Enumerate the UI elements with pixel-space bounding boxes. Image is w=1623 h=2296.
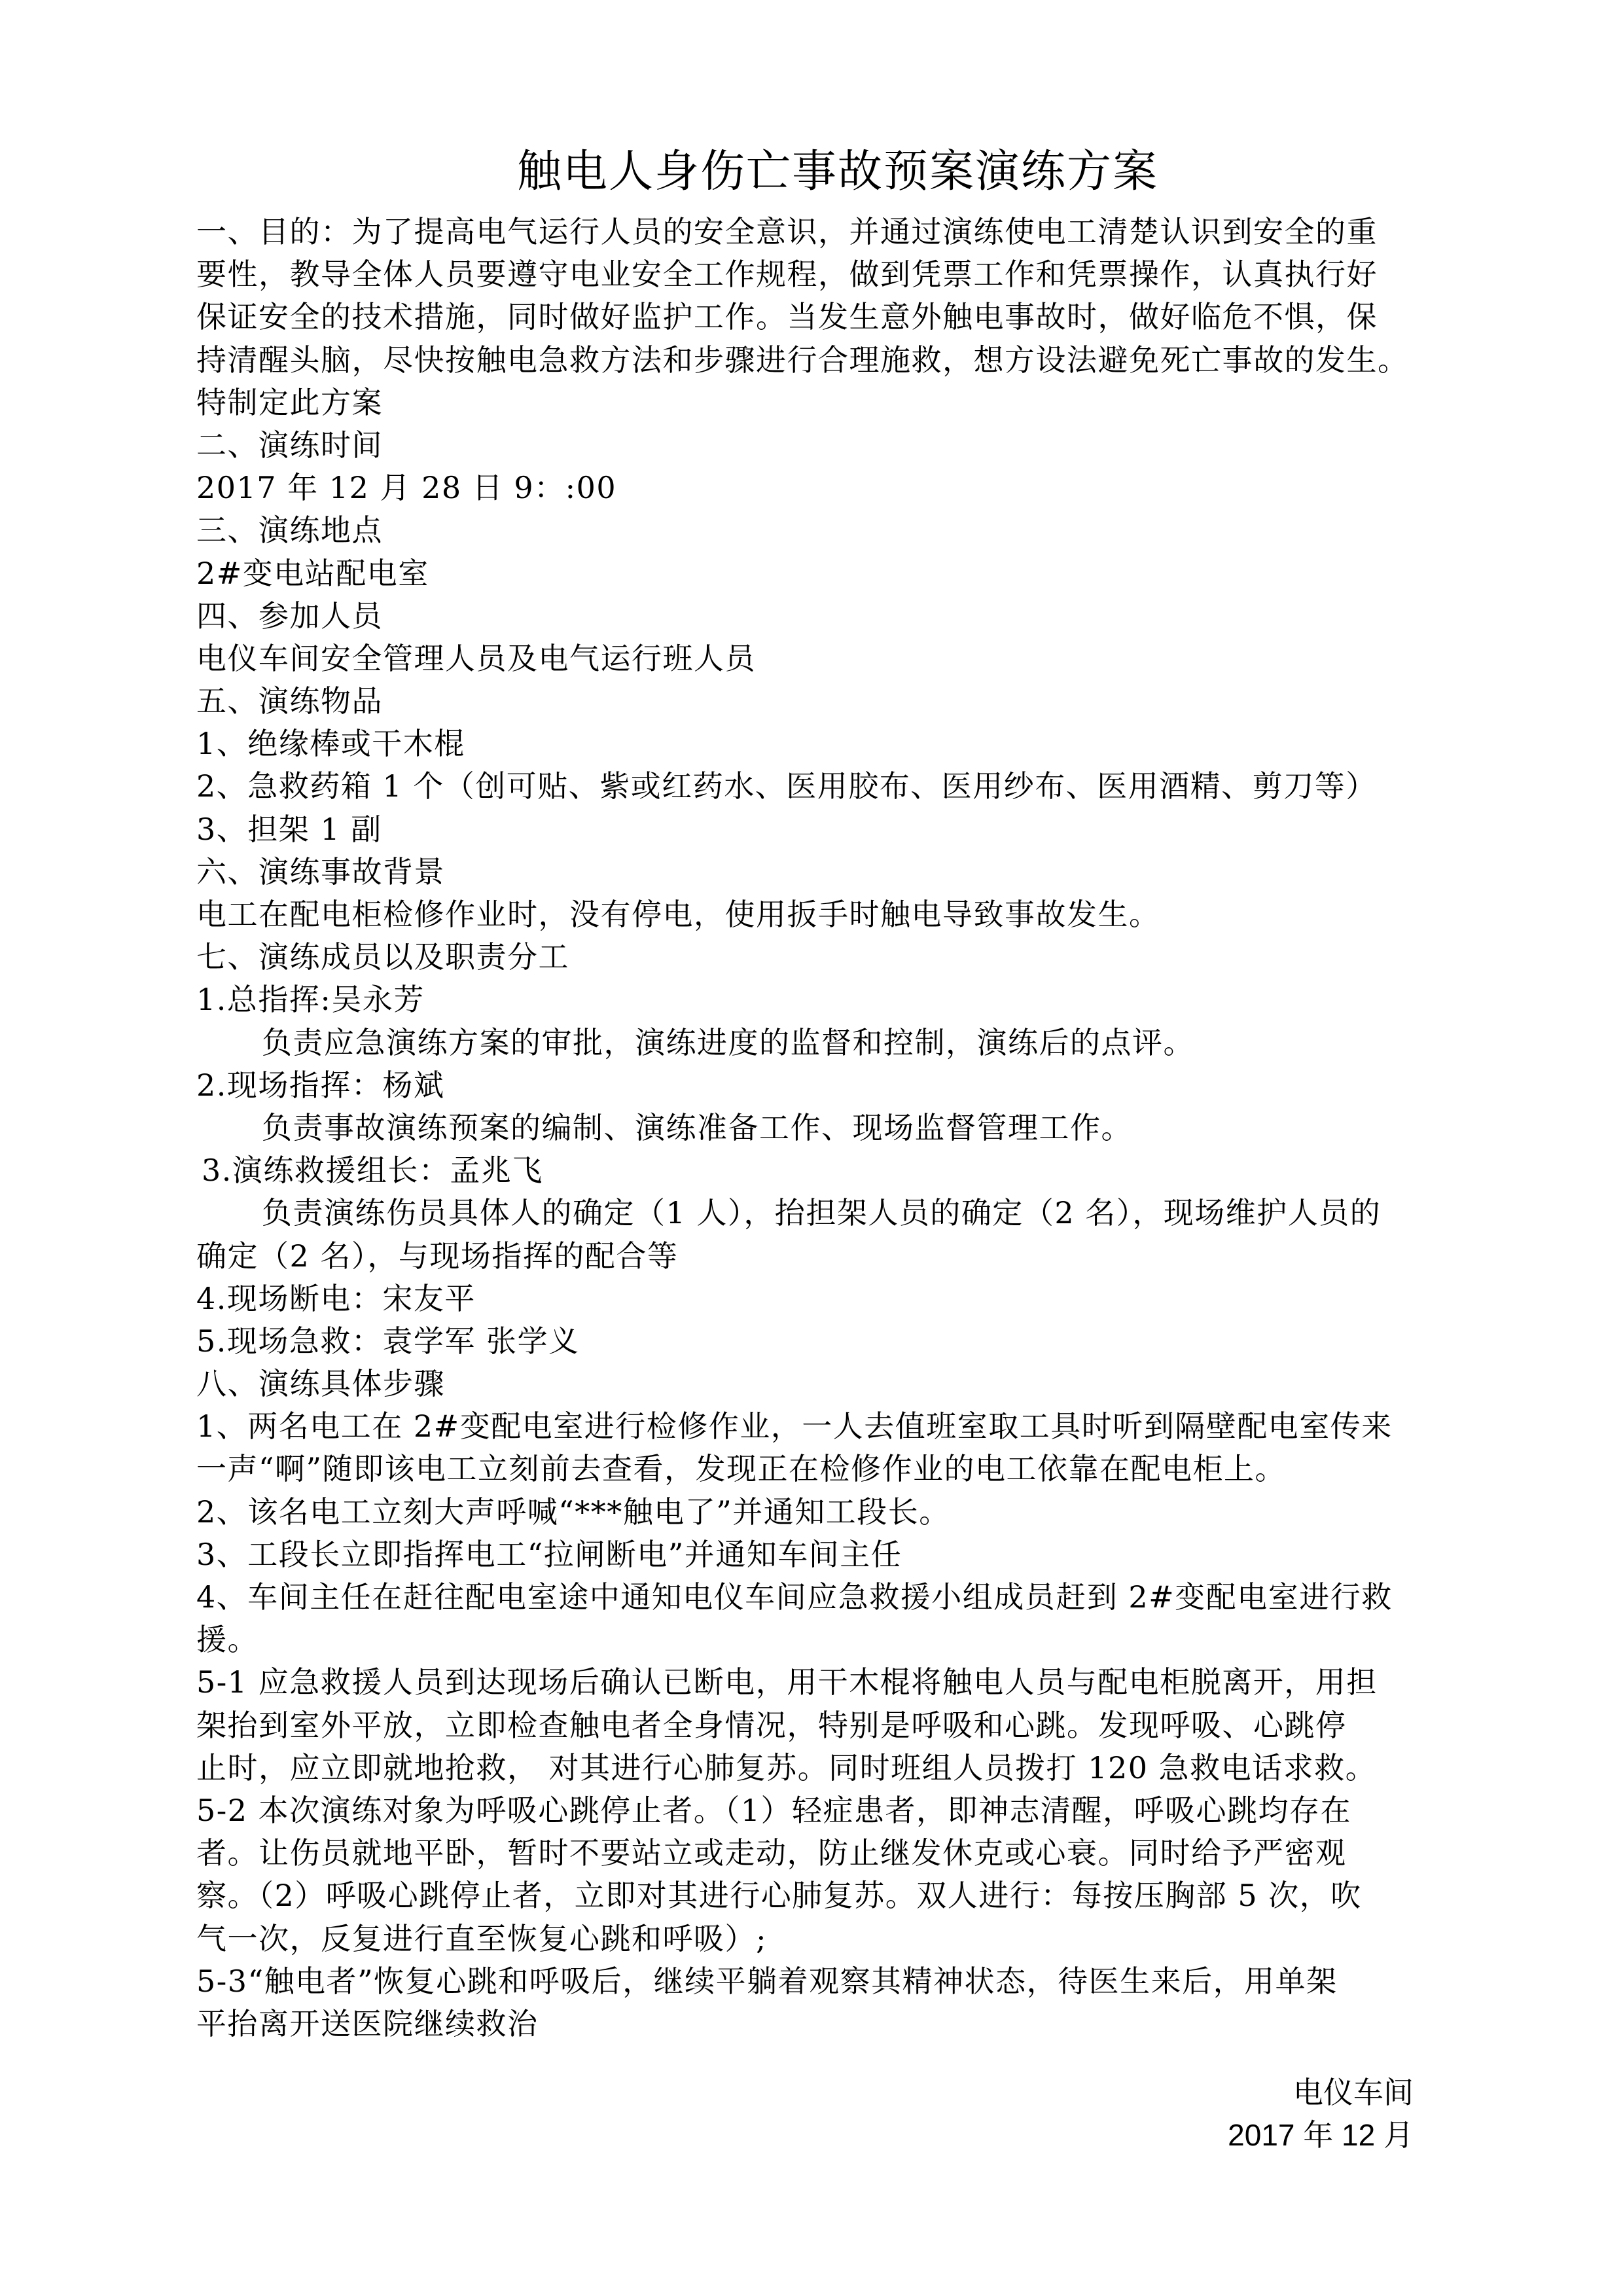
- step-1-line-1: 1、两名电工在 2#变配电室进行检修作业，一人去值班室取工具时听到隔壁配电室传来: [196, 1405, 1479, 1448]
- member-first-aid: 5.现场急救：袁学军 张学义: [196, 1320, 1479, 1363]
- member-power-cut: 4.现场断电：宋友平: [196, 1278, 1479, 1320]
- step-4-line-2: 援。: [196, 1619, 1479, 1661]
- section-heading-time: 二、演练时间: [196, 424, 1479, 467]
- member-site-commander-duty: 负责事故演练预案的编制、演练准备工作、现场监督管理工作。: [196, 1107, 1479, 1149]
- section-heading-members: 七、演练成员以及职责分工: [196, 936, 1479, 978]
- step-5-3-line-2: 平抬离开送医院继续救治: [196, 2003, 1479, 2045]
- member-commander: 1.总指挥:吴永芳: [196, 978, 1479, 1021]
- participants: 电仪车间安全管理人员及电气运行班人员: [196, 637, 1479, 680]
- purpose-line-2: 要性，教导全体人员要遵守电业安全工作规程，做到凭票工作和凭票操作，认真执行好: [196, 253, 1479, 296]
- step-5-2-line-1: 5-2 本次演练对象为呼吸心跳停止者。（1）轻症患者，即神志清醒，呼吸心跳均存在: [196, 1789, 1479, 1832]
- document-title: 触电人身伤亡事故预案演练方案: [196, 143, 1479, 202]
- background-text: 电工在配电柜检修作业时，没有停电，使用扳手时触电导致事故发生。: [196, 893, 1479, 936]
- section-heading-background: 六、演练事故背景: [196, 851, 1479, 893]
- step-5-2-line-3: 察。（2）呼吸心跳停止者，立即对其进行心肺复苏。双人进行：每按压胸部 5 次，吹: [196, 1874, 1479, 1917]
- step-5-3-line-1: 5-3“触电者”恢复心跳和呼吸后，继续平躺着观察其精神状态，待医生来后，用单架: [196, 1960, 1479, 2003]
- signature-department: 电仪车间: [196, 2072, 1414, 2114]
- purpose-line-5: 特制定此方案: [196, 382, 1479, 424]
- purpose-line-1: 一、目的：为了提高电气运行人员的安全意识，并通过演练使电工清楚认识到安全的重: [196, 211, 1479, 253]
- step-3: 3、工段长立即指挥电工“拉闸断电”并通知车间主任: [196, 1534, 1479, 1576]
- signature-date: 2017 年 12 月: [196, 2114, 1414, 2157]
- step-1-line-2: 一声“啊”随即该电工立刻前去查看，发现正在检修作业的电工依靠在配电柜上。: [196, 1448, 1479, 1490]
- member-commander-duty: 负责应急演练方案的审批，演练进度的监督和控制，演练后的点评。: [196, 1022, 1479, 1064]
- material-item-1: 1、绝缘棒或干木棍: [196, 723, 1479, 765]
- step-5-1-line-2: 架抬到室外平放，立即检查触电者全身情况，特别是呼吸和心跳。发现呼吸、心跳停: [196, 1704, 1479, 1747]
- step-4-line-1: 4、车间主任在赶往配电室途中通知电仪车间应急救援小组成员赶到 2#变配电室进行救: [196, 1576, 1479, 1619]
- member-rescue-leader-duty-2: 确定（2 名），与现场指挥的配合等: [196, 1235, 1479, 1278]
- member-rescue-leader: 3.演练救援组长：孟兆飞: [196, 1149, 1479, 1192]
- step-2: 2、该名电工立刻大声呼喊“***触电了”并通知工段长。: [196, 1491, 1479, 1534]
- drill-time: 2017 年 12 月 28 日 9：:00: [196, 467, 1479, 509]
- member-site-commander: 2.现场指挥：杨斌: [196, 1064, 1479, 1107]
- member-rescue-leader-duty-1: 负责演练伤员具体人的确定（1 人），抬担架人员的确定（2 名），现场维护人员的: [196, 1192, 1479, 1234]
- step-5-1-line-3: 止时，应立即就地抢救， 对其进行心肺复苏。同时班组人员拨打 120 急救电话求救…: [196, 1747, 1479, 1789]
- step-5-2-line-4: 气一次，反复进行直至恢复心跳和呼吸）;: [196, 1918, 1479, 1960]
- step-5-2-line-2: 者。让伤员就地平卧，暂时不要站立或走动，防止继发休克或心衰。同时给予严密观: [196, 1832, 1479, 1874]
- section-heading-steps: 八、演练具体步骤: [196, 1363, 1479, 1405]
- drill-location: 2#变电站配电室: [196, 552, 1479, 595]
- purpose-line-4: 持清醒头脑，尽快按触电急救方法和步骤进行合理施救，想方设法避免死亡事故的发生。: [196, 339, 1479, 382]
- section-heading-participants: 四、参加人员: [196, 595, 1479, 637]
- material-item-3: 3、担架 1 副: [196, 808, 1479, 851]
- section-heading-location: 三、演练地点: [196, 509, 1479, 552]
- step-5-1-line-1: 5-1 应急救援人员到达现场后确认已断电，用干木棍将触电人员与配电柜脱离开，用担: [196, 1661, 1479, 1704]
- section-heading-materials: 五、演练物品: [196, 680, 1479, 723]
- purpose-line-3: 保证安全的技术措施，同时做好监护工作。当发生意外触电事故时，做好临危不惧，保: [196, 296, 1479, 338]
- material-item-2: 2、急救药箱 1 个（创可贴、紫或红药水、医用胶布、医用纱布、医用酒精、剪刀等）: [196, 765, 1479, 808]
- document-body: 一、目的：为了提高电气运行人员的安全意识，并通过演练使电工清楚认识到安全的重 要…: [196, 211, 1479, 2045]
